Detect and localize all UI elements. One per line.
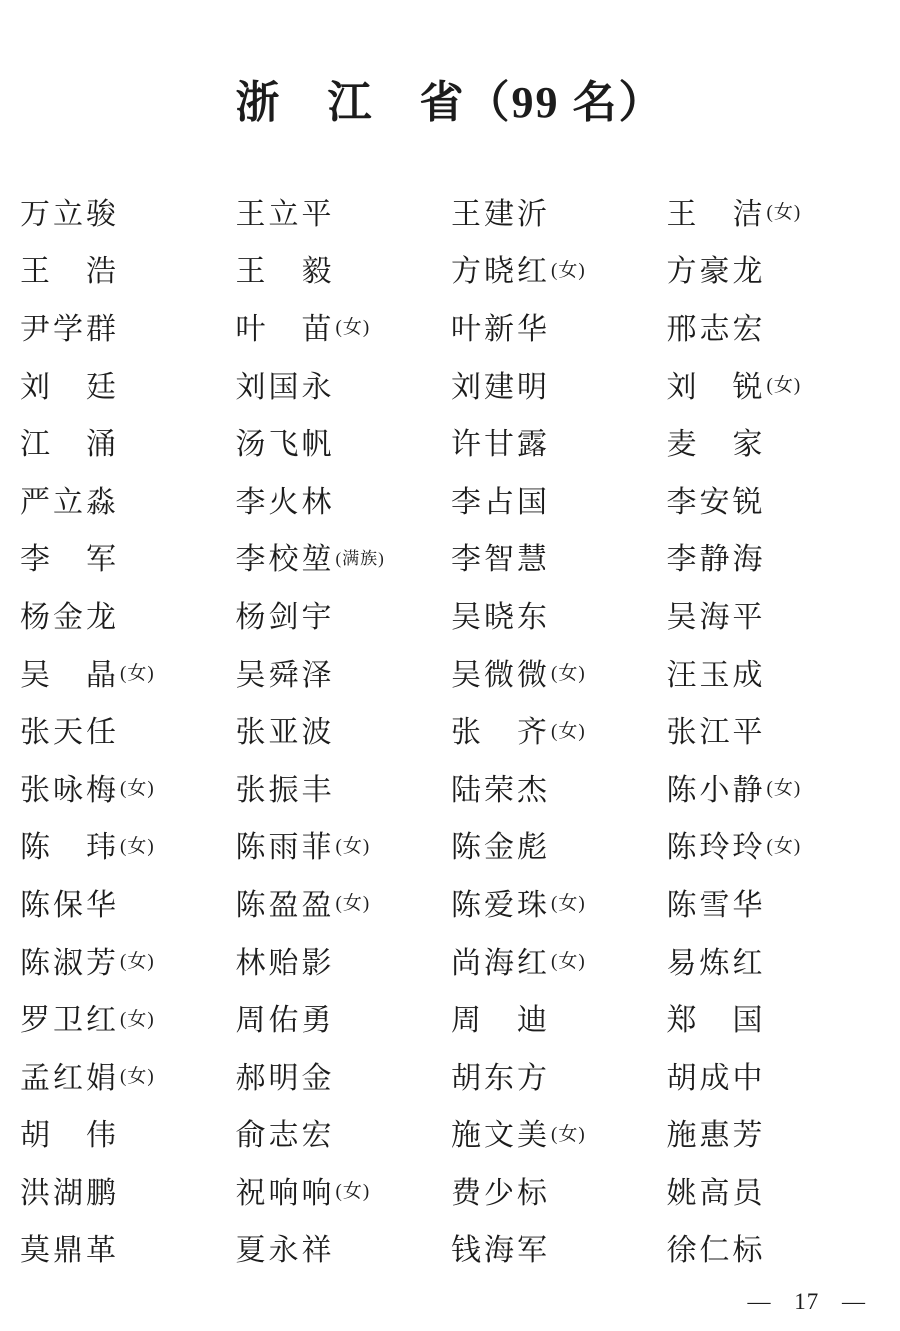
person-name: 吴微微 [451,650,550,694]
name-item: 吴舜泽 [236,643,452,701]
name-item: 孟红娟(女) [20,1046,236,1104]
name-item: 吴 晶(女) [20,643,236,701]
name-item: 胡东方 [451,1046,667,1104]
name-item: 陈小静(女) [667,758,883,816]
person-name: 叶新华 [451,304,550,348]
name-item: 方晓红(女) [451,240,667,298]
person-name: 陈淑芳 [20,938,119,982]
name-item: 林贻影 [236,931,452,989]
person-name: 胡成中 [667,1053,766,1097]
person-name: 麦 家 [667,419,766,463]
ethnic-or-gender-note: (女) [767,831,802,858]
name-item: 李校堃(满族) [236,528,452,586]
ethnic-or-gender-note: (女) [767,773,802,800]
person-name: 王 浩 [20,246,119,290]
name-item: 王 毅 [236,240,452,298]
ethnic-or-gender-note: (女) [551,716,586,743]
name-item: 易炼红 [667,931,883,989]
name-item: 张振丰 [236,758,452,816]
person-name: 郑 国 [667,995,766,1039]
name-item: 姚高员 [667,1161,883,1219]
name-item: 严立淼 [20,470,236,528]
ethnic-or-gender-note: (女) [767,370,802,397]
name-item: 刘 锐(女) [667,355,883,413]
person-name: 陈小静 [667,765,766,809]
name-item: 陈金彪 [451,816,667,874]
person-name: 郝明金 [236,1053,335,1097]
name-item: 李火林 [236,470,452,528]
name-item: 汤飞帆 [236,412,452,470]
person-name: 尹学群 [20,304,119,348]
person-name: 陈 玮 [20,822,119,866]
name-item: 尹学群 [20,297,236,355]
name-item: 王 洁(女) [667,182,883,240]
name-item: 陈爱珠(女) [451,873,667,931]
person-name: 徐仁标 [667,1225,766,1269]
person-name: 杨金龙 [20,592,119,636]
ethnic-or-gender-note: (女) [120,1004,155,1031]
ethnic-or-gender-note: (女) [551,946,586,973]
person-name: 吴海平 [667,592,766,636]
person-name: 刘建明 [451,362,550,406]
name-item: 许甘露 [451,412,667,470]
name-item: 李智慧 [451,528,667,586]
name-item: 叶 苗(女) [236,297,452,355]
ethnic-or-gender-note: (满族) [336,544,385,569]
name-item: 罗卫红(女) [20,988,236,1046]
person-name: 周 迪 [451,995,550,1039]
name-item: 张 齐(女) [451,700,667,758]
person-name: 刘 廷 [20,362,119,406]
name-item: 夏永祥 [236,1219,452,1277]
person-name: 胡 伟 [20,1110,119,1154]
person-name: 罗卫红 [20,995,119,1039]
name-item: 施文美(女) [451,1104,667,1162]
person-name: 方豪龙 [667,246,766,290]
name-item: 刘建明 [451,355,667,413]
name-item: 刘 廷 [20,355,236,413]
ethnic-or-gender-note: (女) [551,888,586,915]
document-page: 浙 江 省（99 名） 万立骏王立平王建沂王 洁(女)王 浩王 毅方晓红(女)方… [0,0,900,1331]
person-name: 邢志宏 [667,304,766,348]
name-item: 陈雪华 [667,873,883,931]
ethnic-or-gender-note: (女) [767,197,802,224]
person-name: 吴晓东 [451,592,550,636]
person-name: 李占国 [451,477,550,521]
person-name: 施文美 [451,1110,550,1154]
name-item: 张亚波 [236,700,452,758]
person-name: 施惠芳 [667,1110,766,1154]
name-item: 费少标 [451,1161,667,1219]
person-name: 王 毅 [236,246,335,290]
name-item: 胡 伟 [20,1104,236,1162]
name-item: 方豪龙 [667,240,883,298]
name-item: 李安锐 [667,470,883,528]
ethnic-or-gender-note: (女) [551,658,586,685]
person-name: 江 涌 [20,419,119,463]
person-name: 祝响响 [236,1168,335,1212]
name-item: 郑 国 [667,988,883,1046]
person-name: 陈盈盈 [236,880,335,924]
person-name: 陈金彪 [451,822,550,866]
ethnic-or-gender-note: (女) [551,255,586,282]
name-item: 陈淑芳(女) [20,931,236,989]
name-item: 李静海 [667,528,883,586]
person-name: 刘 锐 [667,362,766,406]
name-item: 陈 玮(女) [20,816,236,874]
person-name: 李 军 [20,534,119,578]
person-name: 严立淼 [20,477,119,521]
name-item: 王建沂 [451,182,667,240]
ethnic-or-gender-note: (女) [120,658,155,685]
person-name: 李火林 [236,477,335,521]
person-name: 王建沂 [451,189,550,233]
person-name: 汪玉成 [667,650,766,694]
person-name: 李安锐 [667,477,766,521]
person-name: 王 洁 [667,189,766,233]
person-name: 吴 晶 [20,650,119,694]
name-item: 周佑勇 [236,988,452,1046]
name-item: 邢志宏 [667,297,883,355]
name-item: 周 迪 [451,988,667,1046]
name-item: 王 浩 [20,240,236,298]
name-item: 钱海军 [451,1219,667,1277]
person-name: 张天任 [20,707,119,751]
name-item: 张咏梅(女) [20,758,236,816]
name-item: 陈保华 [20,873,236,931]
ethnic-or-gender-note: (女) [120,831,155,858]
person-name: 钱海军 [451,1225,550,1269]
name-item: 胡成中 [667,1046,883,1104]
person-name: 张亚波 [236,707,335,751]
ethnic-or-gender-note: (女) [120,946,155,973]
name-item: 万立骏 [20,182,236,240]
person-name: 姚高员 [667,1168,766,1212]
person-name: 万立骏 [20,189,119,233]
name-item: 徐仁标 [667,1219,883,1277]
ethnic-or-gender-note: (女) [120,1061,155,1088]
name-item: 俞志宏 [236,1104,452,1162]
person-name: 陈保华 [20,880,119,924]
person-name: 王立平 [236,189,335,233]
person-name: 方晓红 [451,246,550,290]
person-name: 莫鼎革 [20,1225,119,1269]
name-item: 汪玉成 [667,643,883,701]
person-name: 陈雪华 [667,880,766,924]
ethnic-or-gender-note: (女) [336,1176,371,1203]
name-item: 陈玲玲(女) [667,816,883,874]
person-name: 张 齐 [451,707,550,751]
name-item: 陆荣杰 [451,758,667,816]
person-name: 张江平 [667,707,766,751]
name-item: 施惠芳 [667,1104,883,1162]
ethnic-or-gender-note: (女) [336,888,371,915]
name-item: 李占国 [451,470,667,528]
person-name: 张振丰 [236,765,335,809]
name-item: 莫鼎革 [20,1219,236,1277]
name-item: 张江平 [667,700,883,758]
person-name: 陈玲玲 [667,822,766,866]
person-name: 杨剑宇 [236,592,335,636]
person-name: 陆荣杰 [451,765,550,809]
name-item: 洪湖鹏 [20,1161,236,1219]
person-name: 叶 苗 [236,304,335,348]
person-name: 吴舜泽 [236,650,335,694]
name-item: 祝响响(女) [236,1161,452,1219]
page-number: — 17 — [748,1289,867,1315]
name-item: 郝明金 [236,1046,452,1104]
person-name: 张咏梅 [20,765,119,809]
person-name: 尚海红 [451,938,550,982]
person-name: 夏永祥 [236,1225,335,1269]
person-name: 刘国永 [236,362,335,406]
name-item: 叶新华 [451,297,667,355]
ethnic-or-gender-note: (女) [551,1119,586,1146]
person-name: 林贻影 [236,938,335,982]
name-item: 江 涌 [20,412,236,470]
person-name: 费少标 [451,1168,550,1212]
page-title: 浙 江 省（99 名） [0,66,900,130]
name-item: 吴海平 [667,585,883,643]
name-item: 王立平 [236,182,452,240]
person-name: 汤飞帆 [236,419,335,463]
person-name: 洪湖鹏 [20,1168,119,1212]
person-name: 许甘露 [451,419,550,463]
person-name: 李校堃 [236,534,335,578]
person-name: 俞志宏 [236,1110,335,1154]
person-name: 李静海 [667,534,766,578]
person-name: 易炼红 [667,938,766,982]
name-item: 吴晓东 [451,585,667,643]
name-item: 尚海红(女) [451,931,667,989]
name-item: 杨金龙 [20,585,236,643]
name-item: 杨剑宇 [236,585,452,643]
ethnic-or-gender-note: (女) [336,312,371,339]
person-name: 李智慧 [451,534,550,578]
name-item: 李 军 [20,528,236,586]
person-name: 胡东方 [451,1053,550,1097]
name-item: 吴微微(女) [451,643,667,701]
name-item: 张天任 [20,700,236,758]
person-name: 陈爱珠 [451,880,550,924]
name-item: 陈盈盈(女) [236,873,452,931]
name-item: 刘国永 [236,355,452,413]
ethnic-or-gender-note: (女) [336,831,371,858]
person-name: 陈雨菲 [236,822,335,866]
person-name: 周佑勇 [236,995,335,1039]
person-name: 孟红娟 [20,1053,119,1097]
name-item: 麦 家 [667,412,883,470]
name-item: 陈雨菲(女) [236,816,452,874]
ethnic-or-gender-note: (女) [120,773,155,800]
name-grid: 万立骏王立平王建沂王 洁(女)王 浩王 毅方晓红(女)方豪龙尹学群叶 苗(女)叶… [20,182,882,1276]
